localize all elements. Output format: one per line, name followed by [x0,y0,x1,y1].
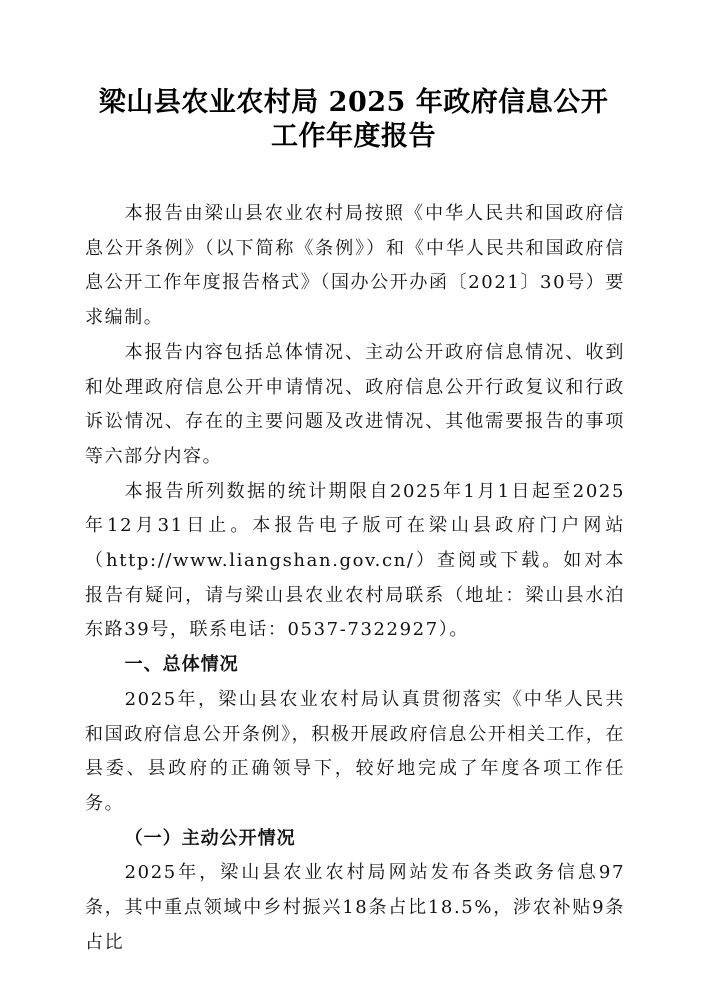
section-heading-overview: 一、总体情况 [85,648,625,683]
title-line-1: 梁山县农业农村局 2025 年政府信息公开 [0,86,707,120]
intro-paragraph: 本报告由梁山县农业农村局按照《中华人民共和国政府信息公开条例》（以下简称《条例》… [85,197,625,336]
title-line-2: 工作年度报告 [0,120,707,154]
subsection-heading-proactive-disclosure: （一）主动公开情况 [85,822,625,857]
overview-paragraph: 2025年，梁山县农业农村局认真贯彻落实《中华人民共和国政府信息公开条例》，积极… [85,683,625,822]
document-title: 梁山县农业农村局 2025 年政府信息公开 工作年度报告 [0,86,707,154]
document-body: 本报告由梁山县农业农村局按照《中华人民共和国政府信息公开条例》（以下简称《条例》… [85,197,625,960]
statistics-period-paragraph: 本报告所列数据的统计期限自2025年1月1日起至2025年12月31日止。本报告… [85,475,625,649]
content-scope-paragraph: 本报告内容包括总体情况、主动公开政府信息情况、收到和处理政府信息公开申请情况、政… [85,336,625,475]
proactive-disclosure-paragraph: 2025年，梁山县农业农村局网站发布各类政务信息97条，其中重点领域中乡村振兴1… [85,856,625,960]
